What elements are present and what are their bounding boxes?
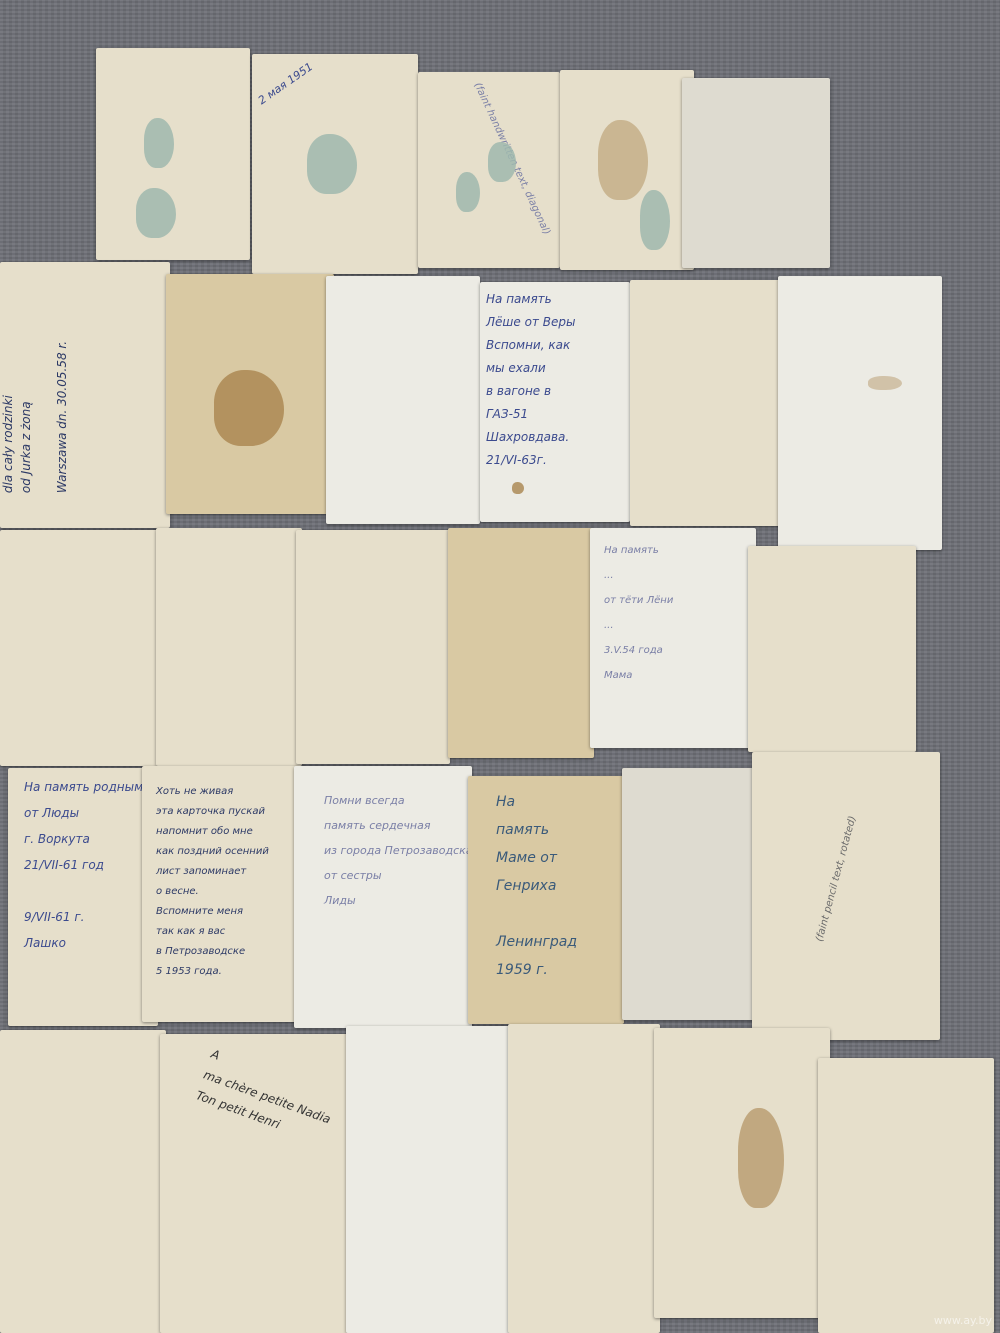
inscription-polish: W dowód pamięci dla cały rodzinki od Jur… (0, 341, 71, 493)
photo-back-r4c3: Помни всегда память сердечная из города … (294, 766, 472, 1028)
photo-back-r2c5 (630, 280, 796, 526)
torn-paper-stain (488, 142, 516, 182)
photo-back-r5c6 (818, 1058, 994, 1333)
spot-stain (868, 376, 902, 390)
inscription-russian: На память Лёше от Веры Вспомни, как мы е… (486, 288, 575, 472)
inscription-sister: Помни всегда память сердечная из города … (324, 788, 472, 913)
photo-back-r3c1 (0, 530, 158, 766)
inscription-french: A ma chère petite Nadia Ton petit Henri (193, 1043, 342, 1151)
photo-back-r3c3 (296, 530, 450, 764)
inscription-vorkuta: На память родным от Люды г. Воркута 21/V… (24, 774, 143, 956)
spot-stain (512, 482, 524, 494)
photo-back-r1c5 (682, 78, 830, 268)
photo-back-r1c1 (96, 48, 250, 260)
photo-back-r2c6 (778, 276, 942, 550)
photo-back-r2c3 (326, 276, 480, 524)
photo-back-r3c5: На память ... от тёти Лёни ... 3.V.54 го… (590, 528, 756, 748)
inscription-poem: Хоть не живая эта карточка пускай напомн… (156, 782, 269, 982)
watermark: www.ay.by (934, 1314, 992, 1327)
photo-back-r5c4 (508, 1024, 660, 1333)
torn-paper-stain (598, 120, 648, 200)
photo-back-r4c4: На память Маме от Генриха Ленинград 1959… (468, 776, 624, 1024)
photo-back-r4c2: Хоть не живая эта карточка пускай напомн… (142, 766, 298, 1022)
photo-back-r2c2 (166, 274, 334, 514)
inscription-pencil: (faint pencil text, rotated) (813, 815, 860, 944)
photo-back-r5c1 (0, 1030, 166, 1333)
torn-paper-stain (640, 190, 670, 250)
glue-stain (214, 370, 284, 446)
photo-back-r4c6: (faint pencil text, rotated) (752, 752, 940, 1040)
photo-back-r5c2: A ma chère petite Nadia Ton petit Henri (160, 1034, 354, 1333)
photo-back-r1c4 (560, 70, 694, 270)
photo-back-r1c3: (faint handwritten text, diagonal) (418, 72, 560, 268)
photo-back-r5c5 (654, 1028, 830, 1318)
torn-paper-stain (136, 188, 176, 238)
photo-back-r2c1: W dowód pamięci dla cały rodzinki od Jur… (0, 262, 170, 528)
photo-back-r4c5 (622, 768, 756, 1020)
torn-paper-stain (307, 134, 357, 194)
photo-back-r3c2 (156, 528, 302, 766)
inscription-date: 2 мая 1951 (254, 58, 318, 111)
photo-back-r5c3 (346, 1026, 512, 1333)
torn-paper-stain (456, 172, 480, 212)
inscription-leningrad: На память Маме от Генриха Ленинград 1959… (496, 788, 577, 984)
photo-back-r4c1: На память родным от Люды г. Воркута 21/V… (8, 768, 158, 1026)
photo-back-r3c6 (748, 546, 916, 752)
photo-back-r3c4 (448, 528, 594, 758)
torn-paper-stain (144, 118, 174, 168)
inscription-faint: На память ... от тёти Лёни ... 3.V.54 го… (604, 538, 673, 688)
photo-back-r1c2: 2 мая 1951 (252, 54, 418, 274)
glue-stain (738, 1108, 784, 1208)
photo-back-r2c4: На память Лёше от Веры Вспомни, как мы е… (480, 282, 630, 522)
